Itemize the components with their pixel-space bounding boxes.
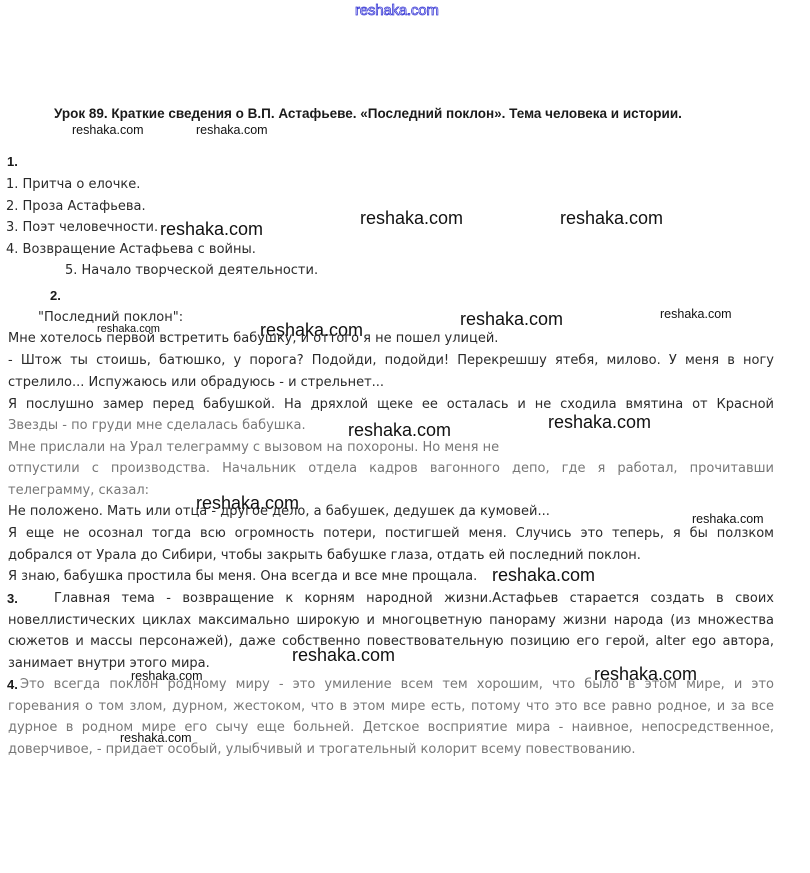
section-3-number: 3.	[7, 591, 18, 606]
list-item: 2. Проза Астафьева.	[6, 196, 146, 218]
lesson-title: Урок 89. Краткие сведения о В.П. Астафье…	[54, 106, 682, 121]
text-line: добрался от Урала до Сибири, чтобы закры…	[8, 545, 641, 567]
watermark: reshaka.com	[460, 309, 563, 330]
watermark: reshaka.com	[594, 664, 697, 685]
text-line: телеграмму, сказал:	[8, 480, 149, 502]
watermark: reshaka.com	[660, 307, 732, 321]
watermark: reshaka.com	[560, 208, 663, 229]
text-line: отпустили с производства. Начальник отде…	[8, 458, 774, 480]
text-line: Я еще не осознал тогда всю огромность по…	[8, 523, 774, 545]
watermark: reshaka.com	[120, 731, 192, 745]
text-line: горевания о том злом, дурном, жестоком, …	[8, 696, 774, 718]
section-1-number: 1.	[7, 154, 18, 169]
watermark: reshaka.com	[72, 123, 144, 137]
watermark: reshaka.com	[492, 565, 595, 586]
list-item: 5. Начало творческой деятельности.	[65, 260, 318, 282]
watermark: reshaka.com	[692, 512, 764, 526]
watermark: reshaka.com	[196, 123, 268, 137]
text-line: Я знаю, бабушка простила бы меня. Она вс…	[8, 566, 477, 588]
watermark: reshaka.com	[160, 219, 263, 240]
text-line: новеллистических циклах максимально широ…	[8, 610, 774, 632]
text-line: Звезды - по груди мне сделалась бабушка.	[8, 415, 306, 437]
watermark: reshaka.com	[196, 493, 299, 514]
top-watermark: reshaka.com	[355, 2, 439, 19]
text-line: Я послушно замер перед бабушкой. На дрях…	[8, 394, 774, 416]
text-line: Главная тема - возвращение к корням наро…	[54, 588, 774, 610]
text-line: - Штож ты стоишь, батюшко, у порога? Под…	[8, 350, 774, 372]
watermark: reshaka.com	[360, 208, 463, 229]
list-item: 3. Поэт человечности.	[6, 217, 158, 239]
text-line: стрелило... Испужаюсь или обрадуюсь - и …	[8, 372, 384, 394]
text-line: доверчивое, - придает особый, улыбчивый …	[8, 739, 636, 761]
watermark: reshaka.com	[548, 412, 651, 433]
watermark: reshaka.com	[348, 420, 451, 441]
watermark: reshaka.com	[292, 645, 395, 666]
section-2-number: 2.	[50, 288, 61, 303]
list-item: 4. Возвращение Астафьева с войны.	[6, 239, 256, 261]
list-item: 1. Притча о елочке.	[6, 174, 140, 196]
section-4-number: 4.	[7, 677, 18, 692]
watermark: reshaka.com	[131, 669, 203, 683]
text-line: Мне хотелось первой встретить бабушку, и…	[8, 328, 498, 350]
